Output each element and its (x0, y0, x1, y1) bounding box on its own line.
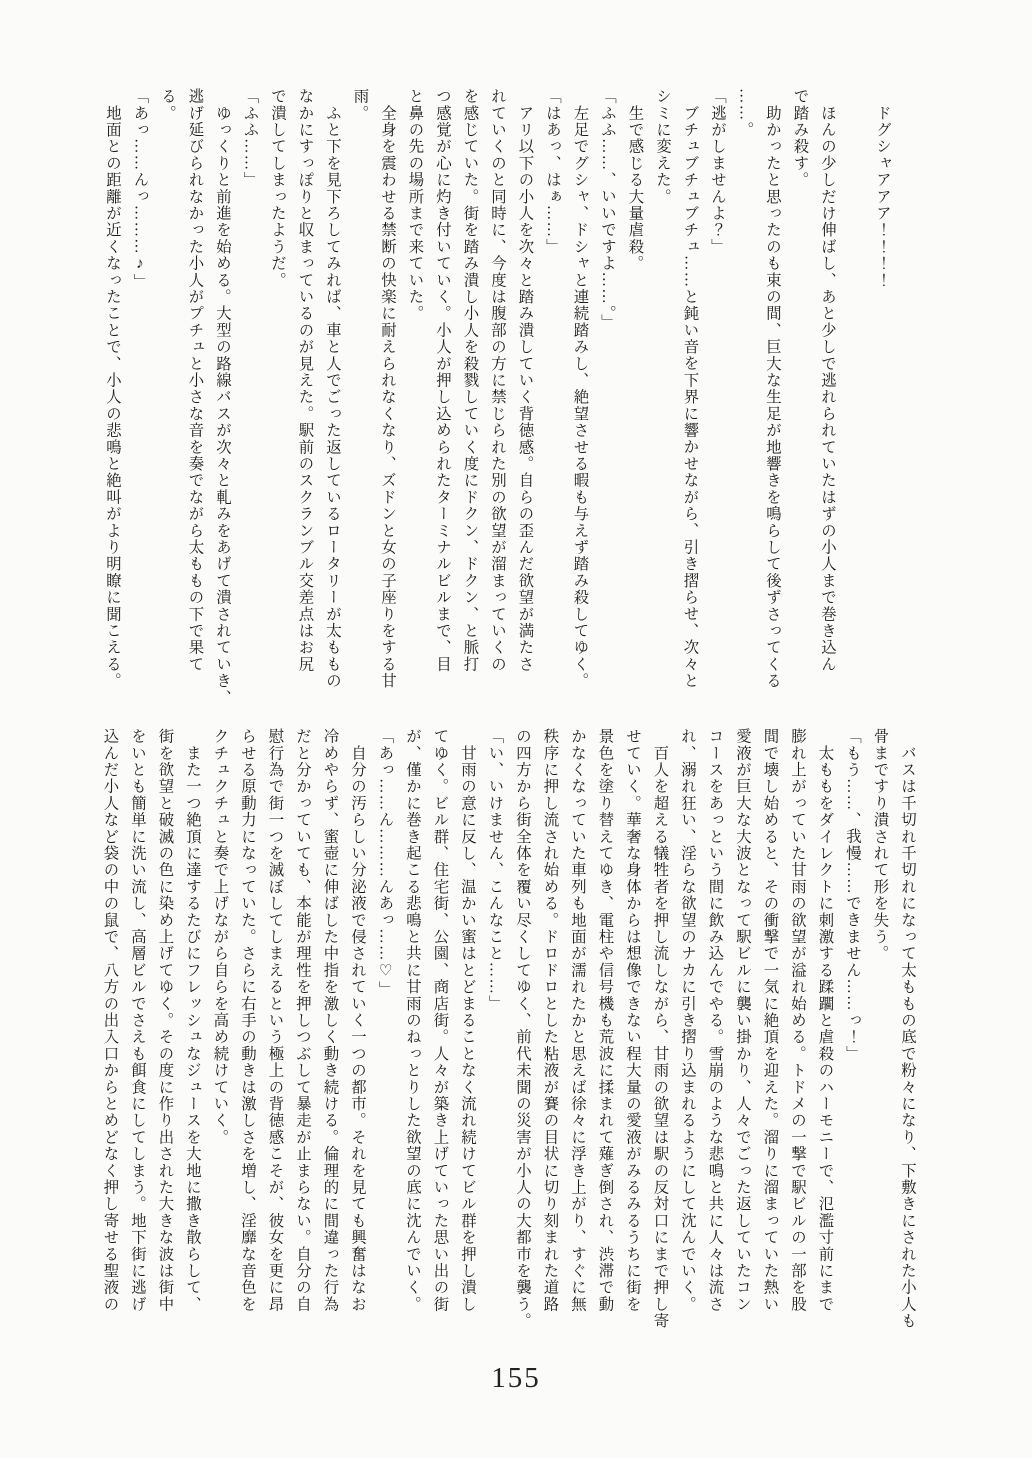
text-line: 「はあっ、はぁ……」 (539, 88, 567, 720)
text-line: 左足でグシャ、ドシャと連続踏みし、絶望させる暇も与えず踏み殺してゆく。 (566, 88, 594, 720)
text-line: 助かったと思ったのも束の間、巨大な生足が地響きを鳴らして後ずさってくる (759, 88, 787, 720)
text-line: で潰してしまったようだ。 (264, 88, 292, 720)
text-line: 秩序に押し流され始める。ドロドロとした粘液が賽の目状に切り刻まれた道路 (536, 728, 564, 1360)
text-line: 「あっ……んっ………♪」 (126, 88, 154, 720)
text-line: ドグシャアアア！！！！ (869, 88, 897, 720)
text-line: と鼻の先の場所まで来ていた。 (401, 88, 429, 720)
text-line: ブチュブチュブチュ……と鈍い音を下界に響かせながら、引き摺らせ、次々と (676, 88, 704, 720)
text-line: コースをあっという間に飲み込んでやる。雪崩のような悲鳴と共に人々は流さ (701, 728, 729, 1360)
text-line: れ、溺れ狂い、淫らな欲望のナカに引き摺り込まれるようにして沈んでいく。 (674, 728, 702, 1360)
text-line: 景色を塗り替えてゆき、電柱や信号機も荒波に揉まれて薙ぎ倒され、渋滞で動 (591, 728, 619, 1360)
text-line: 骨まですり潰されて形を失う。 (866, 728, 894, 1360)
text-line: る。 (154, 88, 182, 720)
text-line: なかにすっぽりと収まっているのが見えた。駅前のスクランブル交差点はお尻 (291, 88, 319, 720)
text-line: 慰行為で街一つを滅ぼしてしまえるという極上の背徳感こそが、彼女を更に昂 (261, 728, 289, 1360)
text-line: 「い、いけません、こんなこと……」 (481, 728, 509, 1360)
text-line: クチュクチュと奏で上げながら自らを高め続けていく。 (206, 728, 234, 1360)
text-line: 全身を震わせる禁断の快楽に耐えられなくなり、ズドンと女の子座りをする甘 (374, 88, 402, 720)
text-line: らせる原動力になっていた。さらに右手の動きは激しさを増し、淫靡な音色を (234, 728, 262, 1360)
text-line: 生で感じる大量虐殺。 (621, 88, 649, 720)
text-line: ……。 (731, 88, 759, 720)
text-line: 百人を超える犠牲者を押し流しながら、甘雨の欲望は駅の反対口にまで押し寄 (646, 728, 674, 1360)
text-block-top: ドグシャアアア！！！！ ほんの少しだけ伸ばし、あと少しで逃れられていたはずの小人… (99, 88, 897, 720)
text-line: 「逃がしませんよ？」 (704, 88, 732, 720)
text-line: てゆく。ビル群、住宅街、公園、商店街。人々が築き上げていった思い出の街 (426, 728, 454, 1360)
text-line: バスは千切れ千切れになって太ももの底で粉々になり、下敷きにされた小人も (894, 728, 922, 1360)
text-line: 地面との距離が近くなったことで、小人の悲鳴と絶叫がより明瞭に聞こえる。 (99, 88, 127, 720)
text-line: が、僅かに巻き起こる悲鳴と共に甘雨のねっとりした欲望の底に沈んでいく。 (399, 728, 427, 1360)
text-line: 自分の汚らしい分泌液で侵されていく一つの都市。それを見ても興奮はなお (344, 728, 372, 1360)
book-page: ドグシャアアア！！！！ ほんの少しだけ伸ばし、あと少しで逃れられていたはずの小人… (0, 0, 1032, 1458)
text-line: ゆっくりと前進を始める。大型の路線バスが次々と軋みをあげて潰されていき、 (209, 88, 237, 720)
text-line: の四方から街全体を覆い尽くしてゆく、前代未聞の災害が小人の大都市を襲う。 (509, 728, 537, 1360)
text-line: シミに変えた。 (649, 88, 677, 720)
text-line: つ感覚が心に灼き付いていく。小人が押し込められたターミナルビルまで、目 (429, 88, 457, 720)
text-line: 甘雨の意に反し、温かい蜜はとどまることなく流れ続けてビル群を押し潰し (454, 728, 482, 1360)
page-number: 155 (0, 1362, 1032, 1395)
text-line: ほんの少しだけ伸ばし、あと少しで逃れられていたはずの小人まで巻き込ん (814, 88, 842, 720)
text-line: 「ふふ……」 (236, 88, 264, 720)
text-line: ふと下を見下ろしてみれば、車と人でごった返しているロータリーが太ももの (319, 88, 347, 720)
text-line: アリ以下の小人を次々と踏み潰していく背徳感。自らの歪んだ欲望が満たさ (511, 88, 539, 720)
text-line: 「ふふ……、いいですよ……。」 (594, 88, 622, 720)
text-line: 「もう……、我慢……できません……っ！」 (839, 728, 867, 1360)
text-line: 間で壊し始めると、その衝撃で一気に絶頂を迎えた。溜りに溜まっていた熱い (756, 728, 784, 1360)
text-line: れていくのと同時に、今度は腹部の方に禁じられた別の欲望が溜まっていくの (484, 88, 512, 720)
text-line: 膨れ上がっていた甘雨の欲望が溢れ始める。トドメの一撃で駅ビルの一部を股 (784, 728, 812, 1360)
text-line: だと分かっていても、本能が理性を押しつぶして暴走が止まらない。自分の自 (289, 728, 317, 1360)
text-line: 愛液が巨大な大波となって駅ビルに襲い掛かり、人々でごった返していたコン (729, 728, 757, 1360)
text-line: 街を欲望と破滅の色に染め上げてゆく。その度に作り出された大きな波は街中 (151, 728, 179, 1360)
text-line: 逃げ延びられなかった小人がプチュと小さな音を奏でながら太ももの下で果て (181, 88, 209, 720)
text-line: 込んだ小人など袋の中の鼠で、八方の出入口からとめどなく押し寄せる聖液の (96, 728, 124, 1360)
text-line: せていく。華奢な身体からは想像できない程大量の愛液がみるみるうちに街を (619, 728, 647, 1360)
text-line: で踏み殺す。 (786, 88, 814, 720)
text-line: また一つ絶頂に達するたびにフレッシュなジュースを大地に撒き散らして、 (179, 728, 207, 1360)
text-line: をいとも簡単に洗い流し、高層ビルでさえも餌食にしてしまう。地下街に逃げ (124, 728, 152, 1360)
text-line: 雨。 (346, 88, 374, 720)
text-block-bottom: バスは千切れ千切れになって太ももの底で粉々になり、下敷きにされた小人も 骨まです… (96, 728, 921, 1360)
text-line: 「あっ……ん………んあっ……♡」 (371, 728, 399, 1360)
text-line: 冷めやらず、蜜壺に伸ばした中指を激しく動き続ける。倫理的に間違った行為 (316, 728, 344, 1360)
text-line: を感じていた。街を踏み潰し小人を殺戮していく度にドクン、ドクン、と脈打 (456, 88, 484, 720)
text-line: 太ももをダイレクトに刺激する蹂躙と虐殺のハーモニーで、氾濫寸前にまで (811, 728, 839, 1360)
text-line: かなくなっていた車列も地面が濡れたかと思えば徐々に浮き上がり、すぐに無 (564, 728, 592, 1360)
